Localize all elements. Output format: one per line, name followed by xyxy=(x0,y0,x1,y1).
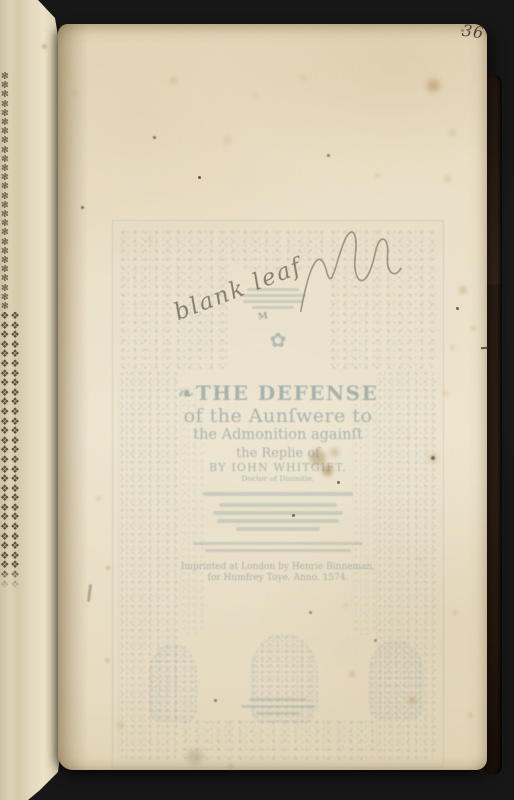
illegible-text-bar xyxy=(219,503,337,507)
illegible-text-bar xyxy=(249,698,307,701)
book-page: M ✿ ❧THE DEFENSE of the Aunſwere to the … xyxy=(58,24,487,770)
pencil-smudge xyxy=(87,584,92,602)
showthrough-author-subline: Doctor of Diuinitie. xyxy=(112,474,444,483)
showthrough-base-ornament xyxy=(180,718,376,760)
illegible-text-bar xyxy=(247,288,299,291)
showthrough-author-line: BY IOHN WHITGIFT. xyxy=(112,461,444,474)
illegible-text-bar xyxy=(203,492,353,496)
showthrough-title-line-1: ❧THE DEFENSE xyxy=(112,381,444,405)
illegible-text-bar xyxy=(213,511,343,515)
showthrough-title-line-4: the Replie of xyxy=(112,446,444,461)
pencil-flourish xyxy=(293,224,405,320)
illegible-text-bar xyxy=(252,306,294,309)
illegible-text-bar xyxy=(193,542,363,545)
edge-ornament-band-bottom: ❖❖ ❖❖ ❖❖ ❖❖ ❖❖ ❖❖ ❖❖ ❖❖ ❖❖ ❖❖ ❖❖ ❖❖ ❖❖ ❖… xyxy=(0,312,27,590)
page-number: 36 xyxy=(461,21,486,43)
showthrough-imprint-line-1: Imprinted at London by Henrie Binneman, xyxy=(112,562,444,572)
showthrough-title-line-2: of the Aunſwere to xyxy=(112,405,444,427)
showthrough-figure-left xyxy=(148,644,198,722)
illegible-text-bar xyxy=(205,549,351,552)
book-scan-scene: ❃ ❃ ❃ ❃ ❃ ❃ ❃ ❃ ❃ ❃ ❃ ❃ ❃ ❃ ❃ ❃ ❃ ❃ ❃ ❃ … xyxy=(0,0,514,800)
showthrough-monogram: M xyxy=(257,311,268,322)
showthrough-title-line-3: the Admonition againſt xyxy=(112,427,444,443)
showthrough-figure-right xyxy=(368,640,424,720)
showthrough-figure-center xyxy=(250,634,318,724)
showthrough-imprint-line-2: for Humfrey Toye. Anno. 1574. xyxy=(112,573,444,583)
illegible-text-bar xyxy=(217,519,339,523)
hedera-ornament-icon: ✿ xyxy=(112,328,444,352)
edge-ornament-band-top: ❃ ❃ ❃ ❃ ❃ ❃ ❃ ❃ ❃ ❃ ❃ ❃ ❃ ❃ ❃ ❃ ❃ ❃ ❃ ❃ … xyxy=(1,72,16,310)
illegible-text-bar xyxy=(256,712,300,715)
gutter-shadow xyxy=(58,24,88,770)
illegible-text-bar xyxy=(241,705,315,708)
illegible-text-bar xyxy=(236,527,320,531)
